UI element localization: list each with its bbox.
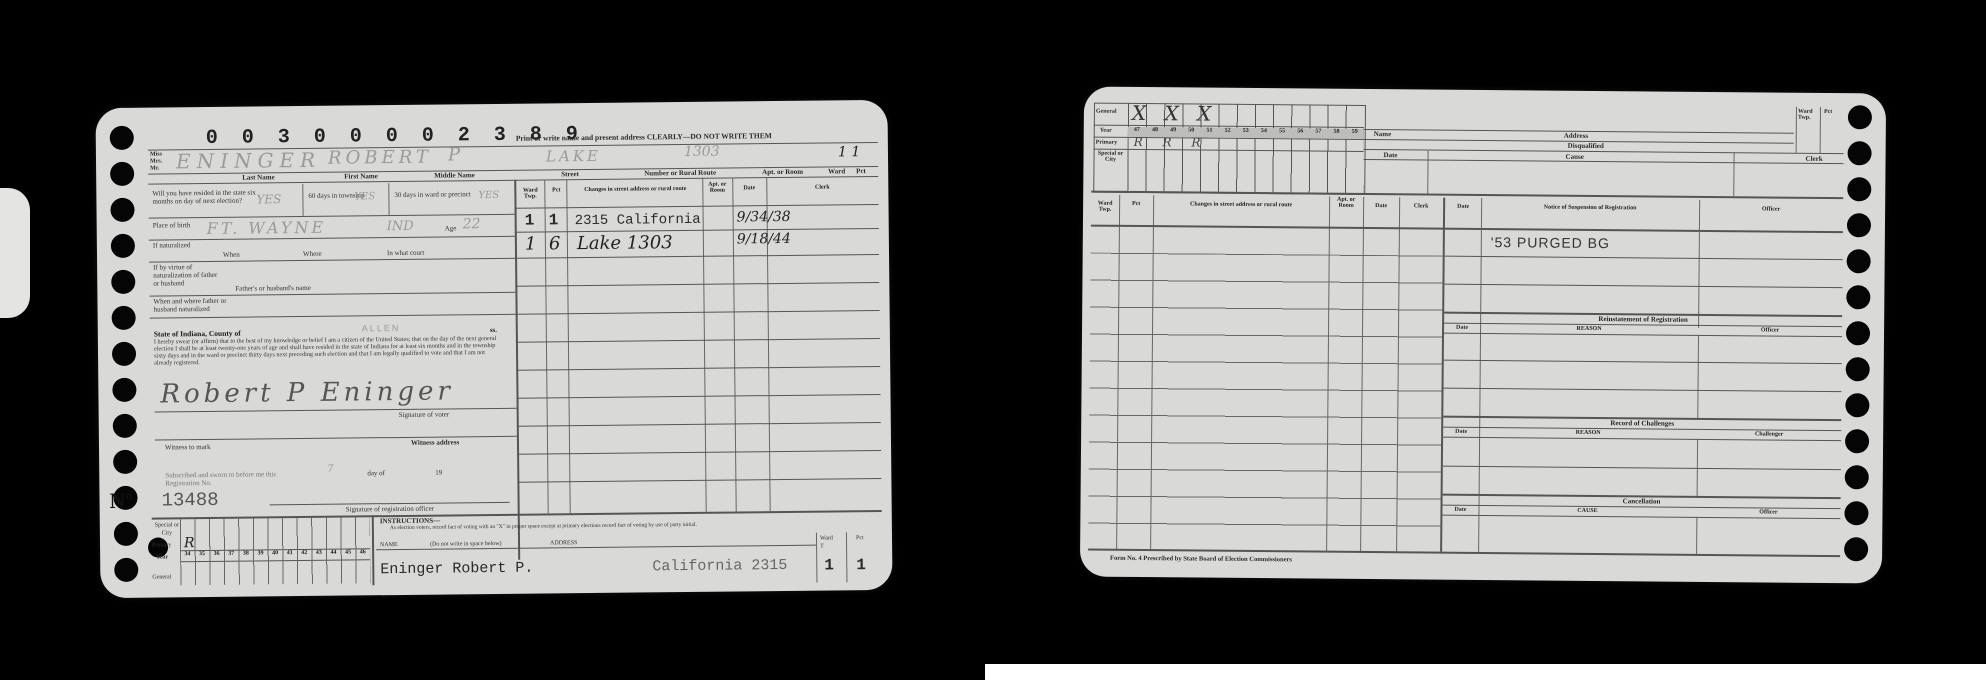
challenges-reason-header: REASON [1479, 429, 1697, 437]
year-cell: 57 [1309, 128, 1327, 138]
divider [1733, 152, 1734, 196]
grid-label-primary: Primary [152, 541, 171, 549]
day-of-label: day of [367, 469, 385, 477]
punch-hole [1844, 537, 1868, 561]
divider [1697, 335, 1699, 419]
salutation-mr: Mr. [150, 165, 159, 171]
punch-hole [110, 162, 134, 186]
table-row: 1 6 Lake 1303 9/18/44 [95, 100, 887, 108]
col-header-apt: Apt. or Room [702, 181, 732, 193]
table-row: 1 1 2315 California 9/34/38 [95, 100, 887, 108]
col-header-clerk: Clerk [766, 184, 878, 191]
oath-text: I hereby swear (or affirm) that to the b… [154, 335, 504, 367]
instructions-text: As election voters, record fact of votin… [390, 521, 810, 531]
first-name-value: ROBERT [328, 147, 432, 169]
challenges-challenger-header: Challenger [1697, 431, 1841, 438]
grid-label-general: General [1096, 109, 1117, 115]
challenges-date-header: Date [1443, 429, 1479, 435]
rule [516, 366, 880, 371]
row1-pct: 1 [549, 211, 559, 229]
grid-label-general: General [152, 573, 171, 581]
divider [846, 532, 848, 582]
scan-border [985, 664, 1986, 680]
grid-lines [180, 517, 371, 585]
by-virtue-label: If by virtue of naturalization of father… [153, 263, 223, 288]
divider [732, 177, 736, 511]
col-header-pct: Pct [1119, 201, 1153, 207]
suspension-entry: '53 PURGED BG [1491, 234, 1610, 251]
reinstatement-officer-header: Officer [1698, 327, 1842, 334]
rule [1444, 388, 1842, 392]
punch-hole [114, 558, 138, 582]
naturalized-court: In what court [387, 249, 424, 257]
primary-vote-marks: R R R [1134, 135, 1209, 150]
registration-card-front: 0 0 3 0 0 0 0 2 3 8 9 Print or write nam… [95, 100, 892, 598]
name-label: NAME [380, 541, 398, 549]
divider [702, 178, 706, 512]
rule [517, 422, 881, 427]
divider [302, 184, 303, 216]
rule [517, 394, 881, 399]
row2-ward: 1 [525, 234, 537, 255]
registration-number: 13488 [161, 489, 218, 512]
punch-hole [110, 126, 134, 150]
officer-signature-label: Signature of registration officer [346, 505, 434, 514]
signature-label: Signature of voter [399, 410, 450, 419]
age-label: Age [445, 224, 457, 232]
subscribed-text: Subscribed and sworn to before me this [165, 470, 276, 479]
cancellation-cause-header: CAUSE [1478, 507, 1696, 515]
street-value: LAKE [546, 147, 601, 166]
punch-hole [1848, 105, 1872, 129]
punch-hole [1846, 357, 1870, 381]
subscribed-day: 7 [327, 464, 333, 475]
col-header-apt: Apt. or Room [1329, 197, 1363, 209]
row2-date: 9/18/44 [737, 231, 791, 248]
rule [1443, 466, 1841, 470]
punch-hole [111, 270, 135, 294]
apt-label: Apt. or Room [762, 168, 803, 176]
cancellation-date-header: Date [1442, 507, 1478, 513]
residence-state-answer: YES [256, 192, 281, 206]
form-footer: Form No. 4 Prescribed by State Board of … [1110, 555, 1292, 564]
pct-t-label: Pct [856, 534, 864, 542]
county-value: ALLEN [362, 323, 401, 333]
punch-hole [1847, 141, 1871, 165]
grid-label-year: Year [156, 553, 168, 561]
birth-value: FT. WAYNE [207, 218, 327, 238]
divider [1796, 107, 1797, 153]
suspension-notice-header: Notice of Suspension of Registration [1481, 204, 1699, 212]
rule [516, 310, 880, 315]
cause-field-label: Cause [1566, 153, 1584, 161]
pct-field-label: Pct [1824, 109, 1832, 115]
ward-pct-handwritten: 1 1 [838, 144, 860, 160]
naturalized-label: If naturalized [153, 241, 203, 250]
residence-township-answer: YES [354, 191, 375, 202]
punch-hole [1844, 501, 1868, 525]
year-cell: 52 [1218, 128, 1236, 138]
street-label: Street [561, 170, 579, 178]
rule [149, 292, 515, 297]
punch-hole [110, 198, 134, 222]
col-header-ward: Ward Twp. [516, 187, 544, 199]
year-cell: 53 [1237, 128, 1255, 138]
card-tab [0, 188, 30, 318]
row1-date: 9/34/38 [737, 209, 791, 226]
col-header-changes: Changes in street address or rural route [568, 186, 702, 193]
punch-hole [1846, 321, 1870, 345]
rule [517, 450, 881, 455]
punch-hole [1845, 465, 1869, 489]
rule [1444, 284, 1842, 288]
first-name-label: First Name [344, 172, 378, 180]
rule [1091, 191, 1843, 200]
punch-hole [1847, 177, 1871, 201]
col-header-clerk: Clerk [1399, 203, 1443, 209]
divider [388, 183, 389, 215]
punch-hole [113, 450, 137, 474]
cancellation-officer-header: Officer [1696, 509, 1840, 516]
punch-hole [1845, 393, 1869, 417]
date-field-label: Date [1384, 151, 1398, 159]
salutation-mrs: Mrs. [150, 158, 162, 164]
suspension-officer-header: Officer [1699, 206, 1843, 213]
row1-address: 2315 California [575, 212, 701, 229]
punch-hole [1847, 213, 1871, 237]
rule [1444, 360, 1842, 364]
registration-card-back: General Year Primary Special or City 47 … [1080, 87, 1886, 584]
rule [1364, 159, 1844, 164]
registration-no-label: Registration No. [165, 479, 211, 487]
row-lines [1088, 253, 1443, 552]
punch-hole [112, 378, 136, 402]
col-header-ward: Ward Twp. [1091, 201, 1119, 213]
divider [1820, 107, 1821, 153]
number-value: 1303 [684, 144, 720, 160]
age-value: 22 [463, 216, 481, 232]
col-header-date: Date [1363, 203, 1399, 209]
rule [516, 338, 880, 343]
year-cell: 56 [1291, 128, 1309, 138]
punch-hole [111, 234, 135, 258]
rule [149, 258, 515, 263]
middle-name-label: Middle Name [434, 171, 475, 179]
middle-name-value: P [448, 144, 460, 165]
typed-name: Eninger Robert P. [380, 560, 533, 579]
col-header-date: Date [732, 185, 766, 191]
divider [1698, 200, 1700, 328]
rule [149, 214, 515, 219]
col-header-pct: Pct [546, 187, 566, 193]
rule [150, 314, 516, 319]
divider [766, 177, 770, 511]
divider [544, 179, 548, 513]
rule [515, 282, 879, 287]
rule [149, 236, 515, 241]
divider [372, 515, 375, 585]
divider [816, 533, 818, 583]
address-field-label: Address [1564, 132, 1588, 140]
rule [1091, 225, 1843, 234]
grid-label-year: Year [1100, 128, 1112, 134]
punch-hole [113, 414, 137, 438]
punch-hole [1847, 249, 1871, 273]
father-name-label: Father's or husband's name [235, 284, 311, 293]
rule [517, 478, 881, 483]
rule [515, 228, 879, 233]
year-cell: 58 [1327, 129, 1345, 139]
punch-hole [114, 522, 138, 546]
grid-label-primary: Primary [1096, 140, 1118, 146]
punch-hole [112, 342, 136, 366]
residence-state-question: Will you have resided in the state six m… [152, 188, 262, 205]
year-prefix: 19 [435, 469, 442, 477]
divider [566, 179, 570, 513]
ward-field-label: Ward Twp. [1798, 109, 1818, 121]
naturalized-where: Where [303, 250, 322, 258]
clerk-field-label: Clerk [1806, 155, 1823, 163]
disqualified-label: Disqualified [1568, 142, 1604, 150]
year-cell: 54 [1255, 128, 1273, 138]
row2-pct: 6 [549, 233, 561, 254]
year-cell: 55 [1273, 128, 1291, 138]
rule [515, 204, 879, 209]
pct-label: Pct [856, 167, 866, 175]
header-instruction: Print or write name and present address … [516, 131, 772, 143]
grid-label-special: Special or City [1095, 151, 1125, 163]
row1-ward: 1 [525, 212, 535, 230]
name-field-label: Name [1374, 130, 1392, 138]
naturalized-when: When [223, 251, 240, 259]
father-naturalized-label: When and where father or husband natural… [153, 297, 243, 314]
residence-ward-question: 30 days in ward or precinct [394, 190, 474, 199]
year-cell: 59 [1346, 129, 1364, 139]
reinstatement-reason-header: REASON [1480, 325, 1698, 333]
last-name-label: Last Name [242, 173, 275, 181]
divider [1427, 150, 1428, 194]
ward-label: Ward [828, 167, 845, 175]
punch-hole [1846, 285, 1870, 309]
rule [155, 436, 517, 441]
typed-address: California 2315 [652, 557, 787, 575]
rule [515, 254, 879, 259]
residence-ward-answer: YES [478, 190, 499, 201]
last-name-value: ENINGER [176, 148, 321, 174]
voter-signature: Robert P Eninger [160, 376, 454, 409]
rule [1445, 256, 1843, 260]
birth-state: IND [387, 219, 414, 234]
general-vote-marks: X X X [1132, 101, 1218, 126]
typed-pct: 1 [856, 556, 866, 574]
witness-address-label: Witness address [411, 438, 459, 447]
oath-ss: ss. [490, 326, 497, 334]
typed-ward: 1 [824, 556, 834, 574]
reinstatement-date-header: Date [1444, 325, 1480, 331]
divider [1696, 517, 1697, 554]
punch-hole [112, 306, 136, 330]
number-label: Number or Rural Route [644, 169, 716, 178]
ward-t-label: Ward T [820, 534, 832, 550]
punch-hole [1845, 429, 1869, 453]
grid-label-special: Special or City [152, 521, 182, 537]
registration-no-symbol: Nº [109, 488, 132, 514]
birth-label: Place of birth [153, 221, 193, 229]
col-header-changes: Changes in street address or rural route [1153, 201, 1329, 209]
witness-label: Witness to mark [165, 443, 211, 451]
row2-address: Lake 1303 [577, 232, 673, 254]
suspension-date-header: Date [1445, 204, 1481, 210]
